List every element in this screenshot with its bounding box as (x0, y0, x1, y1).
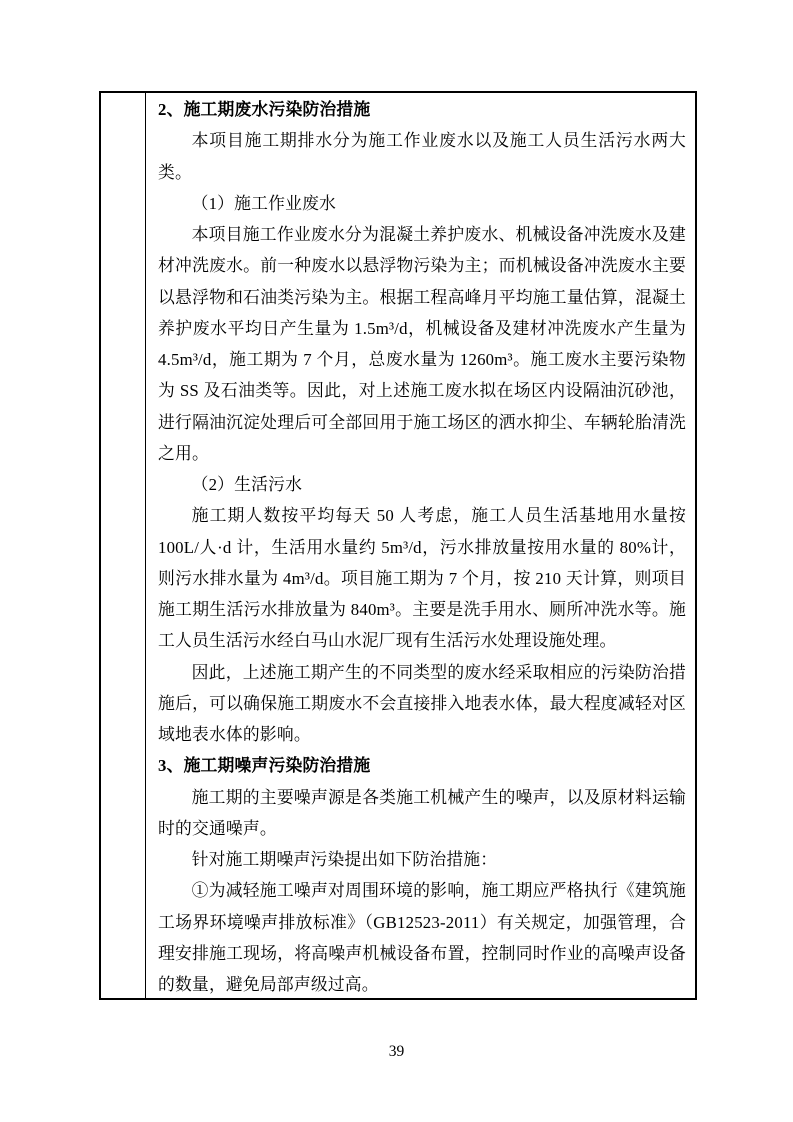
section-heading-wastewater: 2、施工期废水污染防治措施 (158, 94, 686, 125)
paragraph-subheading-construction-wastewater: （1）施工作业废水 (158, 188, 686, 219)
page-number: 39 (0, 1042, 793, 1062)
table-content-cell: 2、施工期废水污染防治措施 本项目施工期排水分为施工作业废水以及施工人员生活污水… (146, 93, 695, 998)
paragraph: 因此，上述施工期产生的不同类型的废水经采取相应的污染防治措施后，可以确保施工期废… (158, 657, 686, 751)
paragraph: 施工期人数按平均每天 50 人考虑，施工人员生活基地用水量按 100L/人·d … (158, 500, 686, 656)
document-page: 2、施工期废水污染防治措施 本项目施工期排水分为施工作业废水以及施工人员生活污水… (0, 0, 793, 1122)
paragraph: 本项目施工期排水分为施工作业废水以及施工人员生活污水两大类。 (158, 125, 686, 188)
table-left-empty-cell (101, 93, 146, 998)
paragraph: 施工期的主要噪声源是各类施工机械产生的噪声，以及原材料运输时的交通噪声。 (158, 782, 686, 845)
document-table: 2、施工期废水污染防治措施 本项目施工期排水分为施工作业废水以及施工人员生活污水… (99, 91, 697, 1000)
paragraph: 针对施工期噪声污染提出如下防治措施： (158, 844, 686, 875)
paragraph-subheading-domestic-sewage: （2）生活污水 (158, 469, 686, 500)
paragraph: ①为减轻施工噪声对周围环境的影响，施工期应严格执行《建筑施工场界环境噪声排放标准… (158, 875, 686, 998)
paragraph: 本项目施工作业废水分为混凝土养护废水、机械设备冲洗废水及建材冲洗废水。前一种废水… (158, 219, 686, 469)
section-heading-noise: 3、施工期噪声污染防治措施 (158, 750, 686, 781)
